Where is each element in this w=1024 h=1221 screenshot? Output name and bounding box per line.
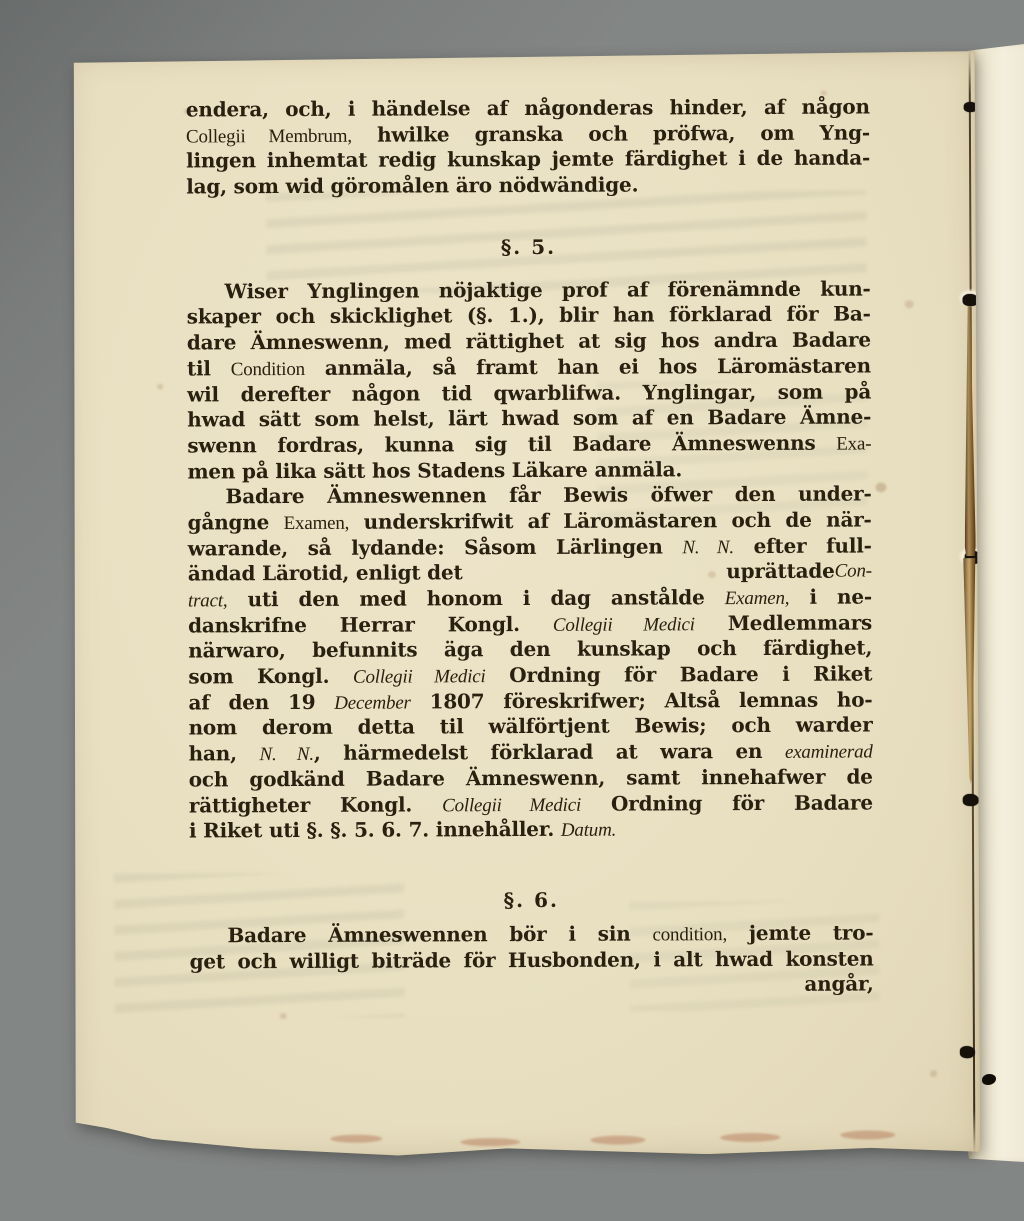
fraktur-text: 1807 föreskrifwer; Altså lemnas ho- (411, 687, 873, 713)
latin-text: Collegii Membrum, (186, 125, 352, 147)
latin-text: Exa- (836, 433, 871, 454)
text-block: endera, och, i händelse af någonderas hi… (186, 50, 874, 1000)
text-line: men på lika sätt hos Stadens Läkare anmä… (187, 456, 871, 485)
text-line: rättigheter Kongl. Collegii Medici Ordni… (189, 790, 873, 819)
fraktur-text: ändad Lärotid, enligt det (188, 561, 463, 588)
fraktur-text: han, (189, 741, 260, 765)
fraktur-text: Ordning för Badare (581, 790, 873, 815)
fraktur-text: Badare Ämneswennen bör i sin (227, 921, 652, 947)
photo-background: endera, och, i händelse af någonderas hi… (0, 0, 1024, 1221)
fraktur-text: , härmedelst förklarad at wara en (314, 739, 785, 765)
text-line: närwaro, befunnits äga den kunskap och f… (188, 636, 872, 665)
latin-text: examinerad (785, 742, 873, 763)
text-line: Badare Ämneswennen får Bewis öfwer den u… (187, 482, 871, 511)
paragraph: Wiser Ynglingen nöjaktige prof af förenä… (187, 276, 872, 484)
fraktur-text: anmäla, så framt han ei hos Läromästaren (305, 353, 871, 379)
text-line: wil derefter någon tid qwarblifwa. Yngli… (187, 379, 871, 408)
text-line: hwad sätt som helst, lärt hwad som af en… (187, 405, 871, 434)
foxing-spot (905, 300, 914, 308)
text-line: Badare Ämneswennen bör i sin condition, … (189, 920, 873, 949)
fraktur-text: Wiser Ynglingen nöjaktige prof af förenä… (225, 276, 871, 303)
latin-text: Examen, (284, 513, 350, 534)
text-line: i Riket uti §. §. 5. 6. 7. innehåller. D… (189, 816, 873, 845)
edge-speck (330, 1135, 382, 1143)
text-line: angår, (190, 972, 874, 1001)
section-heading: §. 6. (189, 886, 873, 915)
text-line: nom derom detta til wälförtjent Bewis; o… (188, 713, 872, 742)
text-line: dare Ämneswenn, med rättighet at sig hos… (187, 328, 871, 357)
text-line: Wiser Ynglingen nöjaktige prof af förenä… (187, 276, 871, 305)
fraktur-text: i ne- (789, 584, 872, 608)
binding-thread (964, 306, 976, 556)
fraktur-text: wil derefter någon tid qwarblifwa. Yngli… (187, 379, 871, 406)
text-line: endera, och, i händelse af någonderas hi… (186, 94, 870, 123)
fraktur-text: warande, så lydande: Såsom Lärlingen (188, 534, 683, 560)
fraktur-text: hwad sätt som helst, lärt hwad som af en… (187, 405, 871, 432)
text-line: lingen inhemtat redig kunskap jemte färd… (186, 146, 870, 175)
fraktur-text: nom derom detta til wälförtjent Bewis; o… (188, 713, 872, 740)
fraktur-text: til (187, 356, 231, 380)
fraktur-text: swenn fordras, kunna sig til Badare Ämne… (187, 431, 836, 458)
fraktur-text: dare Ämneswenn, med rättighet at sig hos… (187, 328, 871, 355)
fraktur-text: Badare Ämneswennen får Bewis öfwer den u… (225, 482, 871, 509)
blank-fill-space (462, 559, 726, 586)
fraktur-text: af den 19 (188, 690, 334, 715)
paragraph: endera, och, i händelse af någonderas hi… (186, 94, 870, 200)
text-line: tract, uti den med honom i dag anstålde … (188, 584, 872, 613)
fraktur-text: som Kongl. (188, 664, 353, 689)
foxing-spot (875, 482, 886, 492)
section-heading: §. 5. (186, 233, 870, 262)
latin-text: Collegii Medici (353, 666, 486, 688)
paragraph: Badare Ämneswennen bör i sin condition, … (189, 920, 873, 1000)
text-line: af den 19 December 1807 föreskrifwer; Al… (188, 687, 872, 716)
fraktur-text: jemte tro- (727, 920, 874, 945)
fraktur-text: i Riket uti §. §. 5. 6. 7. innehåller. (189, 817, 561, 843)
text-line: ändad Lärotid, enligt detuprättade Con- (188, 559, 872, 588)
fraktur-text: uprättade (726, 559, 834, 585)
fraktur-text: Medlemmars (695, 610, 872, 635)
edge-speck (840, 1130, 895, 1139)
fraktur-text: angår, (804, 972, 873, 996)
latin-text: Con- (835, 559, 872, 585)
text-line: Collegii Membrum, hwilke granska och prö… (186, 120, 870, 149)
fraktur-text: rättigheter Kongl. (189, 792, 442, 817)
text-line: get och willigt biträde för Husbonden, i… (190, 946, 874, 975)
latin-text: December (334, 692, 411, 713)
foxing-spot (930, 1070, 937, 1077)
fraktur-text: underskrifwit af Läromästaren och de när… (349, 507, 872, 533)
latin-text: Collegii Medici (553, 614, 695, 636)
latin-text: condition, (652, 924, 727, 945)
text-line: danskrifne Herrar Kongl. Collegii Medici… (188, 610, 872, 639)
fraktur-text: lingen inhemtat redig kunskap jemte färd… (186, 146, 870, 173)
fraktur-text: get och willigt biträde för Husbonden, i… (190, 946, 874, 973)
fraktur-text: lag, som wid göromålen äro nödwändige. (186, 173, 638, 199)
text-line: lag, som wid göromålen äro nödwändige. (186, 172, 870, 201)
stitch-knot (963, 794, 979, 806)
latin-text: Condition (231, 359, 305, 380)
fraktur-text: danskrifne Herrar Kongl. (188, 612, 553, 638)
edge-speck (460, 1138, 520, 1146)
text-line: swenn fordras, kunna sig til Badare Ämne… (187, 430, 871, 459)
latin-text: Datum. (561, 820, 616, 841)
text-line: skaper och skicklighet (§. 1.), blir han… (187, 302, 871, 331)
fraktur-text: Ordning för Badare i Riket (486, 662, 873, 688)
stitch-knot (960, 1046, 975, 1058)
page: endera, och, i händelse af någonderas hi… (66, 50, 981, 1158)
text-line: han, N. N., härmedelst förklarad at wara… (189, 739, 873, 768)
text-line: som Kongl. Collegii Medici Ordning för B… (188, 662, 872, 691)
fraktur-text: gångne (188, 510, 284, 534)
text-line: til Condition anmäla, så framt han ei ho… (187, 353, 871, 382)
fraktur-text: och godkänd Badare Ämneswenn, samt inneh… (189, 764, 873, 791)
fraktur-text: närwaro, befunnits äga den kunskap och f… (188, 636, 872, 663)
paragraph: Badare Ämneswennen får Bewis öfwer den u… (187, 482, 873, 845)
latin-text: tract, (188, 590, 228, 611)
latin-text: N. N. (682, 537, 734, 558)
latin-text: Collegii Medici (442, 794, 581, 816)
text-line: och godkänd Badare Ämneswenn, samt inneh… (189, 764, 873, 793)
text-line: warande, så lydande: Såsom Lärlingen N. … (188, 533, 872, 562)
edge-speck (720, 1133, 780, 1142)
binding-thread (962, 558, 978, 784)
fraktur-text: hwilke granska och pröfwa, om Yng- (352, 120, 870, 146)
text-line: gångne Examen, underskrifwit af Läromäst… (188, 507, 872, 536)
fraktur-text: efter full- (734, 533, 872, 558)
latin-text: N. N. (259, 744, 314, 765)
fraktur-text: endera, och, i händelse af någonderas hi… (186, 94, 870, 121)
foxing-spot (280, 1013, 287, 1019)
foxing-spot (157, 384, 163, 390)
edge-speck (590, 1135, 645, 1144)
fraktur-text: men på lika sätt hos Stadens Läkare anmä… (187, 457, 682, 483)
fraktur-text: skaper och skicklighet (§. 1.), blir han… (187, 302, 871, 329)
fraktur-text: uti den med honom i dag anstålde (227, 585, 724, 611)
latin-text: Examen, (725, 588, 790, 609)
